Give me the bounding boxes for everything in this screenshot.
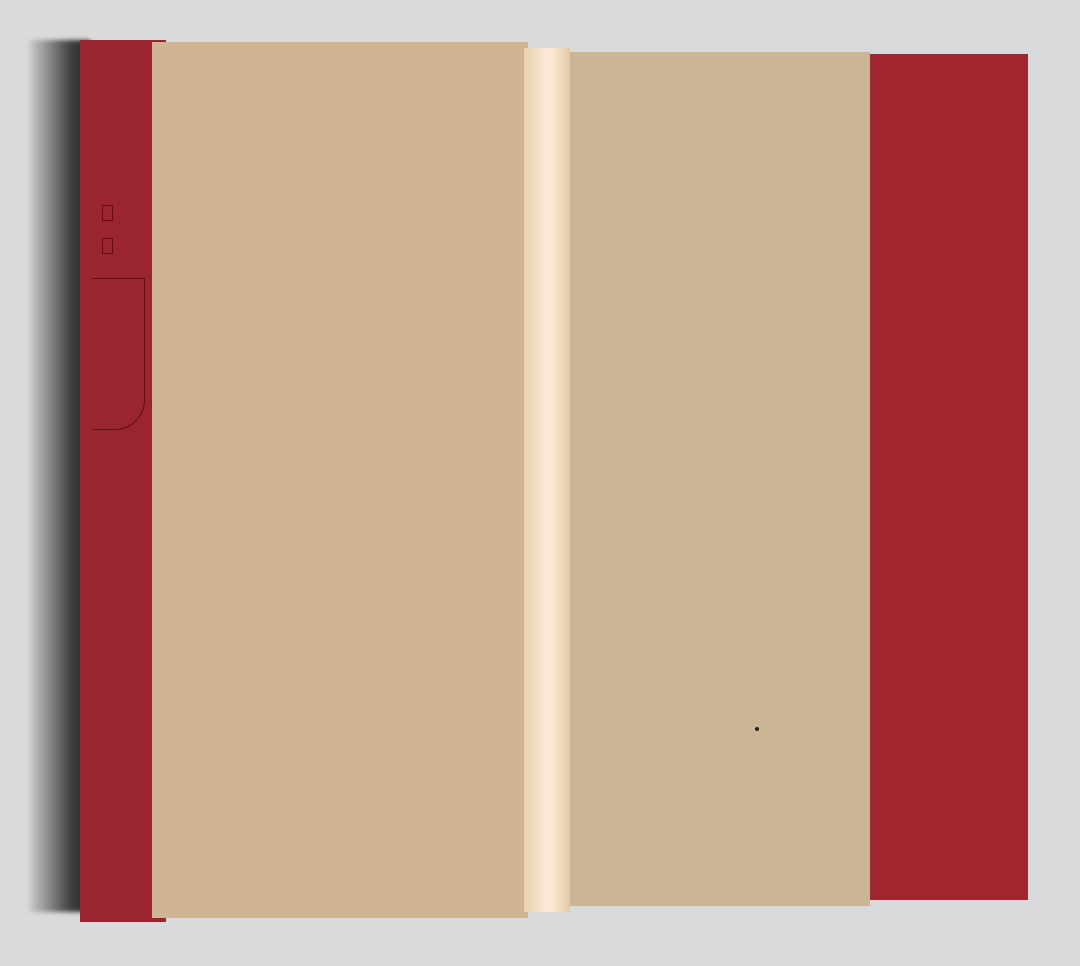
left-page [152,42,528,918]
mark-square-1 [102,205,113,221]
mark-square-2 [102,238,113,254]
book-spine [524,48,570,912]
right-page [566,52,870,906]
paper-dot [755,727,759,731]
right-red-cover-edge [868,54,1028,900]
stamp-outline [92,278,145,430]
